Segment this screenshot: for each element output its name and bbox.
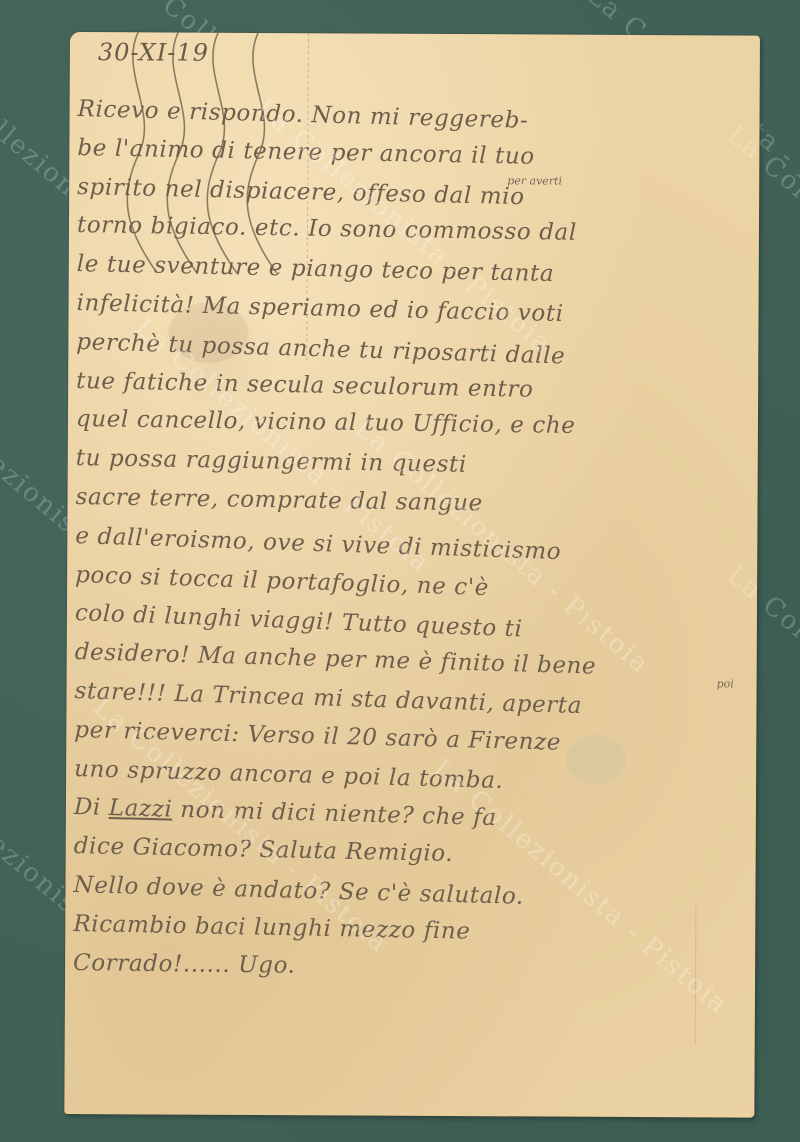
letter-line-text: Di Lazzi non mi dici niente? che fa (74, 794, 497, 831)
letter-date: 30-XI-19 (98, 38, 209, 67)
postcard: 30-XI-19 per averti poi Ricevo e rispond… (64, 32, 760, 1118)
underlined-name: Lazzi (109, 795, 173, 823)
letter-signature-line: Corrado!...... Ugo. (73, 944, 743, 991)
letter-body: Ricevo e rispondo. Non mi reggereb- be l… (73, 90, 748, 986)
